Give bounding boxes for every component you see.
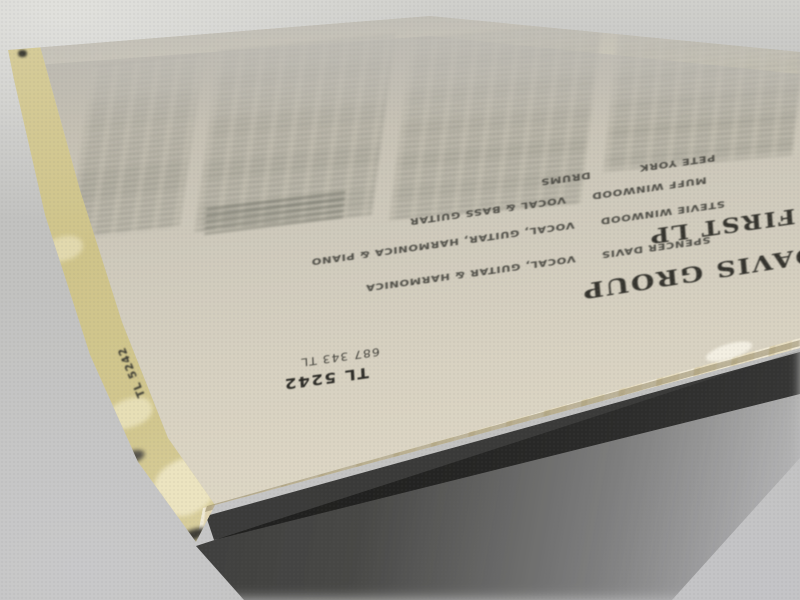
spine-wear-mark [18, 50, 27, 57]
photo-frame: PETE YORK DRUMS MUFF WINWOOD VOCAL & BAS… [0, 0, 800, 600]
